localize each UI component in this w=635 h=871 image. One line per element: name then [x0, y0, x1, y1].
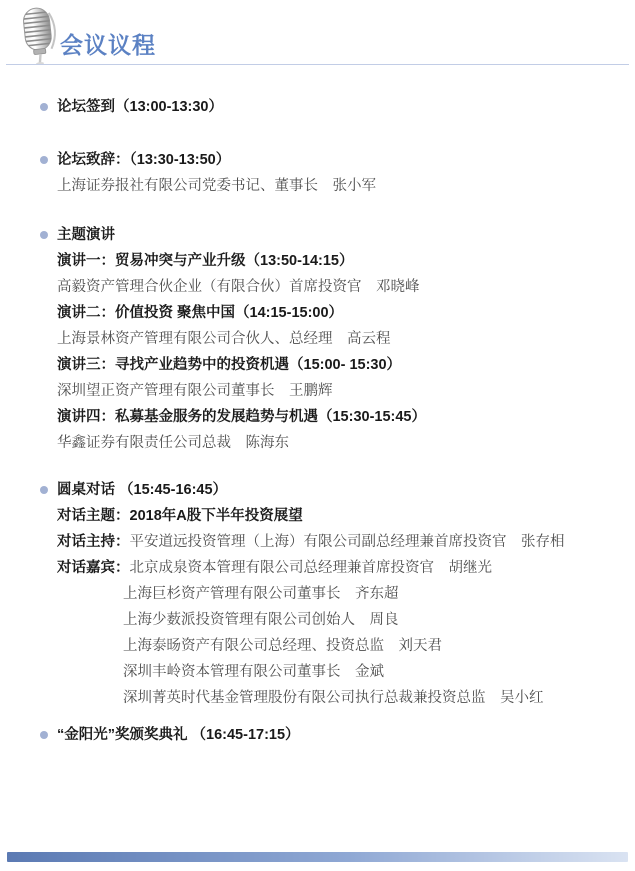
agenda-item-title-text: 论坛致辞：（13:30-13:50） [57, 152, 230, 168]
agenda-item: 主题演讲演讲一：贸易冲突与产业升级（13:50-14:15）高毅资产管理合伙企业… [40, 222, 627, 456]
header-divider [6, 64, 629, 65]
agenda-item-title: 圆桌对话 （15:45-16:45） [40, 477, 627, 503]
page-title: 会议议程 [60, 27, 156, 60]
agenda-line-text: 上海巨杉资产管理有限公司董事长 齐东超 [123, 586, 399, 602]
agenda-item-title-text: “金阳光”奖颁奖典礼 （16:45-17:15） [57, 727, 300, 743]
agenda-line: 深圳丰岭资本管理有限公司董事长 金斌 [40, 659, 627, 685]
agenda-line: 演讲二：价值投资 聚焦中国（14:15-15:00） [40, 300, 627, 326]
agenda-line: 深圳望正资产管理有限公司董事长 王鹏辉 [40, 378, 627, 404]
agenda-line-text: 深圳望正资产管理有限公司董事长 王鹏辉 [57, 383, 333, 399]
agenda-list: 论坛签到（13:00-13:30）论坛致辞：（13:30-13:50）上海证券报… [40, 94, 627, 748]
footer-accent-bar [7, 852, 628, 862]
agenda-page: 会议议程 论坛签到（13:00-13:30）论坛致辞：（13:30-13:50）… [0, 0, 635, 871]
agenda-line-label: 演讲四：私募基金服务的发展趋势与机遇（15:30-15:45） [57, 409, 426, 425]
agenda-line: 对话主持：平安道远投资管理（上海）有限公司副总经理兼首席投资官 张存相 [40, 529, 627, 555]
agenda-item-title-text: 论坛签到（13:00-13:30） [57, 99, 223, 115]
agenda-line: 上海证券报社有限公司党委书记、董事长 张小军 [40, 173, 627, 199]
agenda-line-label: 演讲一：贸易冲突与产业升级（13:50-14:15） [57, 253, 354, 269]
agenda-item: 论坛签到（13:00-13:30） [40, 94, 627, 120]
agenda-line: 演讲三：寻找产业趋势中的投资机遇（15:00- 15:30） [40, 352, 627, 378]
agenda-line-text: 平安道远投资管理（上海）有限公司副总经理兼首席投资官 张存相 [130, 534, 565, 550]
agenda-line-label: 演讲二：价值投资 聚焦中国（14:15-15:00） [57, 305, 343, 321]
agenda-item: 圆桌对话 （15:45-16:45）对话主题：2018年A股下半年投资展望对话主… [40, 477, 627, 711]
agenda-item-title: 论坛签到（13:00-13:30） [40, 94, 627, 120]
agenda-line-label: 对话嘉宾： [57, 560, 130, 576]
agenda-line-text: 深圳丰岭资本管理有限公司董事长 金斌 [123, 664, 384, 680]
agenda-line-text: 上海泰旸资产有限公司总经理、投资总监 刘天君 [123, 638, 442, 654]
agenda-line-text: 上海景林资产管理有限公司合伙人、总经理 高云程 [57, 331, 391, 347]
bullet-icon [40, 731, 48, 739]
agenda-item-title: “金阳光”奖颁奖典礼 （16:45-17:15） [40, 722, 627, 748]
agenda-line: 华鑫证券有限责任公司总裁 陈海东 [40, 430, 627, 456]
agenda-line: 演讲四：私募基金服务的发展趋势与机遇（15:30-15:45） [40, 404, 627, 430]
agenda-line-label: 2018年A股下半年投资展望 [130, 508, 303, 524]
agenda-line-label: 对话主题： [57, 508, 130, 524]
microphone-icon [17, 7, 61, 65]
agenda-line: 演讲一：贸易冲突与产业升级（13:50-14:15） [40, 248, 627, 274]
agenda-line: 上海巨杉资产管理有限公司董事长 齐东超 [40, 581, 627, 607]
agenda-line-text: 上海少薮派投资管理有限公司创始人 周良 [123, 612, 399, 628]
agenda-line: 上海少薮派投资管理有限公司创始人 周良 [40, 607, 627, 633]
agenda-line-text: 深圳菁英时代基金管理股份有限公司执行总裁兼投资总监 吴小红 [123, 690, 544, 706]
agenda-item: “金阳光”奖颁奖典礼 （16:45-17:15） [40, 722, 627, 748]
agenda-line: 对话嘉宾：北京成泉资本管理有限公司总经理兼首席投资官 胡继光 [40, 555, 627, 581]
bullet-icon [40, 103, 48, 111]
agenda-line-label: 演讲三：寻找产业趋势中的投资机遇（15:00- 15:30） [57, 357, 401, 373]
agenda-line: 高毅资产管理合伙企业（有限合伙）首席投资官 邓晓峰 [40, 274, 627, 300]
bullet-icon [40, 231, 48, 239]
agenda-line-text: 高毅资产管理合伙企业（有限合伙）首席投资官 邓晓峰 [57, 279, 420, 295]
agenda-item-title-text: 主题演讲 [57, 227, 115, 243]
bullet-icon [40, 156, 48, 164]
agenda-item-title-text: 圆桌对话 （15:45-16:45） [57, 482, 227, 498]
agenda-line: 对话主题：2018年A股下半年投资展望 [40, 503, 627, 529]
agenda-line-text: 上海证券报社有限公司党委书记、董事长 张小军 [57, 178, 376, 194]
agenda-line-label: 对话主持： [57, 534, 130, 550]
bullet-icon [40, 486, 48, 494]
agenda-line-text: 北京成泉资本管理有限公司总经理兼首席投资官 胡继光 [130, 560, 493, 576]
agenda-line: 上海景林资产管理有限公司合伙人、总经理 高云程 [40, 326, 627, 352]
agenda-line: 上海泰旸资产有限公司总经理、投资总监 刘天君 [40, 633, 627, 659]
agenda-item: 论坛致辞：（13:30-13:50）上海证券报社有限公司党委书记、董事长 张小军 [40, 147, 627, 199]
agenda-line-text: 华鑫证券有限责任公司总裁 陈海东 [57, 435, 289, 451]
agenda-line: 深圳菁英时代基金管理股份有限公司执行总裁兼投资总监 吴小红 [40, 685, 627, 711]
agenda-item-title: 主题演讲 [40, 222, 627, 248]
agenda-item-title: 论坛致辞：（13:30-13:50） [40, 147, 627, 173]
